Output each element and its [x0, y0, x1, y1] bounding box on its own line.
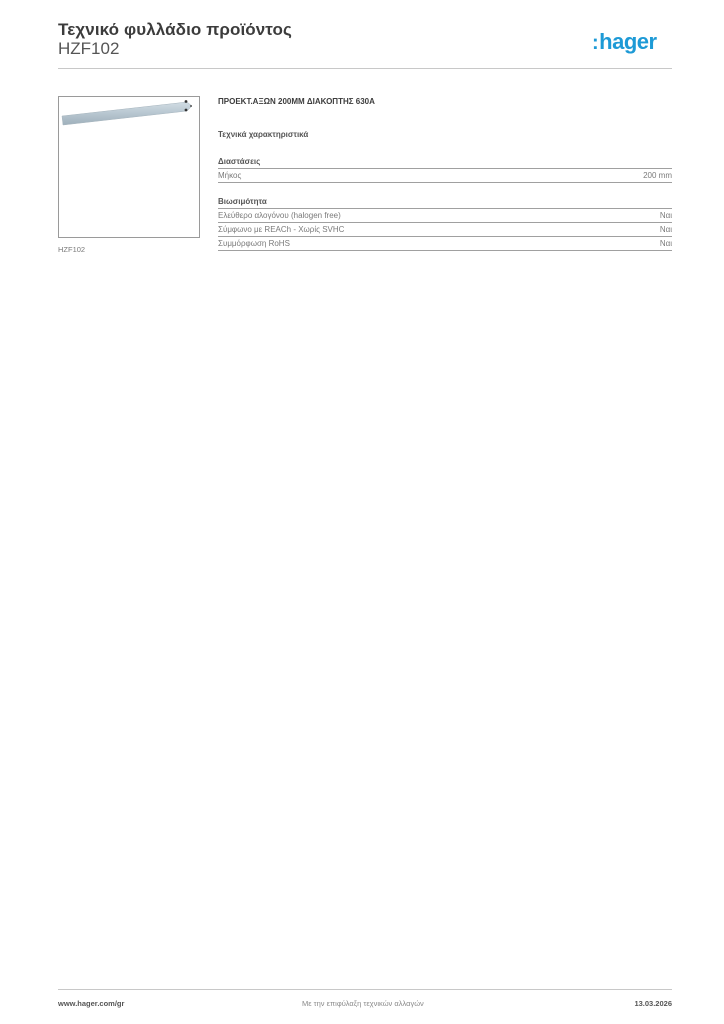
spec-row: Μήκος 200 mm [218, 169, 672, 183]
product-code-heading: HZF102 [58, 39, 119, 59]
spec-value: Ναι [660, 239, 672, 248]
spec-label: Σύμφωνο με REACh - Χωρίς SVHC [218, 225, 344, 234]
document-title: Τεχνικό φυλλάδιο προϊόντος [58, 20, 292, 40]
product-name: ΠΡΟΕΚΤ.ΑΞΩΝ 200MM ΔΙΑΚΟΠΤΗΣ 630A [218, 97, 375, 106]
spec-value: Ναι [660, 225, 672, 234]
spec-row: Σύμφωνο με REACh - Χωρίς SVHC Ναι [218, 223, 672, 237]
shaft-extension-image [59, 97, 201, 239]
spec-value: Ναι [660, 211, 672, 220]
logo-text: hager [599, 29, 656, 54]
group-title: Βιωσιμότητα [218, 196, 672, 209]
product-image-frame [58, 96, 200, 238]
group-sustainability: Βιωσιμότητα Ελεύθερο αλογόνου (halogen f… [218, 196, 672, 251]
technical-specs-title: Τεχνικά χαρακτηριστικά [218, 130, 308, 139]
footer-disclaimer: Με την επιφύλαξη τεχνικών αλλαγών [302, 999, 424, 1008]
spec-label: Ελεύθερο αλογόνου (halogen free) [218, 211, 341, 220]
spec-row: Συμμόρφωση RoHS Ναι [218, 237, 672, 251]
group-dimensions: Διαστάσεις Μήκος 200 mm [218, 156, 672, 183]
footer-website-link[interactable]: www.hager.com/gr [58, 999, 124, 1008]
spec-row: Ελεύθερο αλογόνου (halogen free) Ναι [218, 209, 672, 223]
logo-colon: : [592, 32, 598, 54]
spec-value: 200 mm [643, 171, 672, 180]
header-divider [58, 68, 672, 69]
spec-label: Μήκος [218, 171, 241, 180]
spec-label: Συμμόρφωση RoHS [218, 239, 290, 248]
footer-divider [58, 989, 672, 990]
group-title: Διαστάσεις [218, 156, 672, 169]
footer-date: 13.03.2026 [634, 999, 672, 1008]
hager-logo: :hager [592, 29, 657, 55]
image-caption: HZF102 [58, 245, 85, 254]
